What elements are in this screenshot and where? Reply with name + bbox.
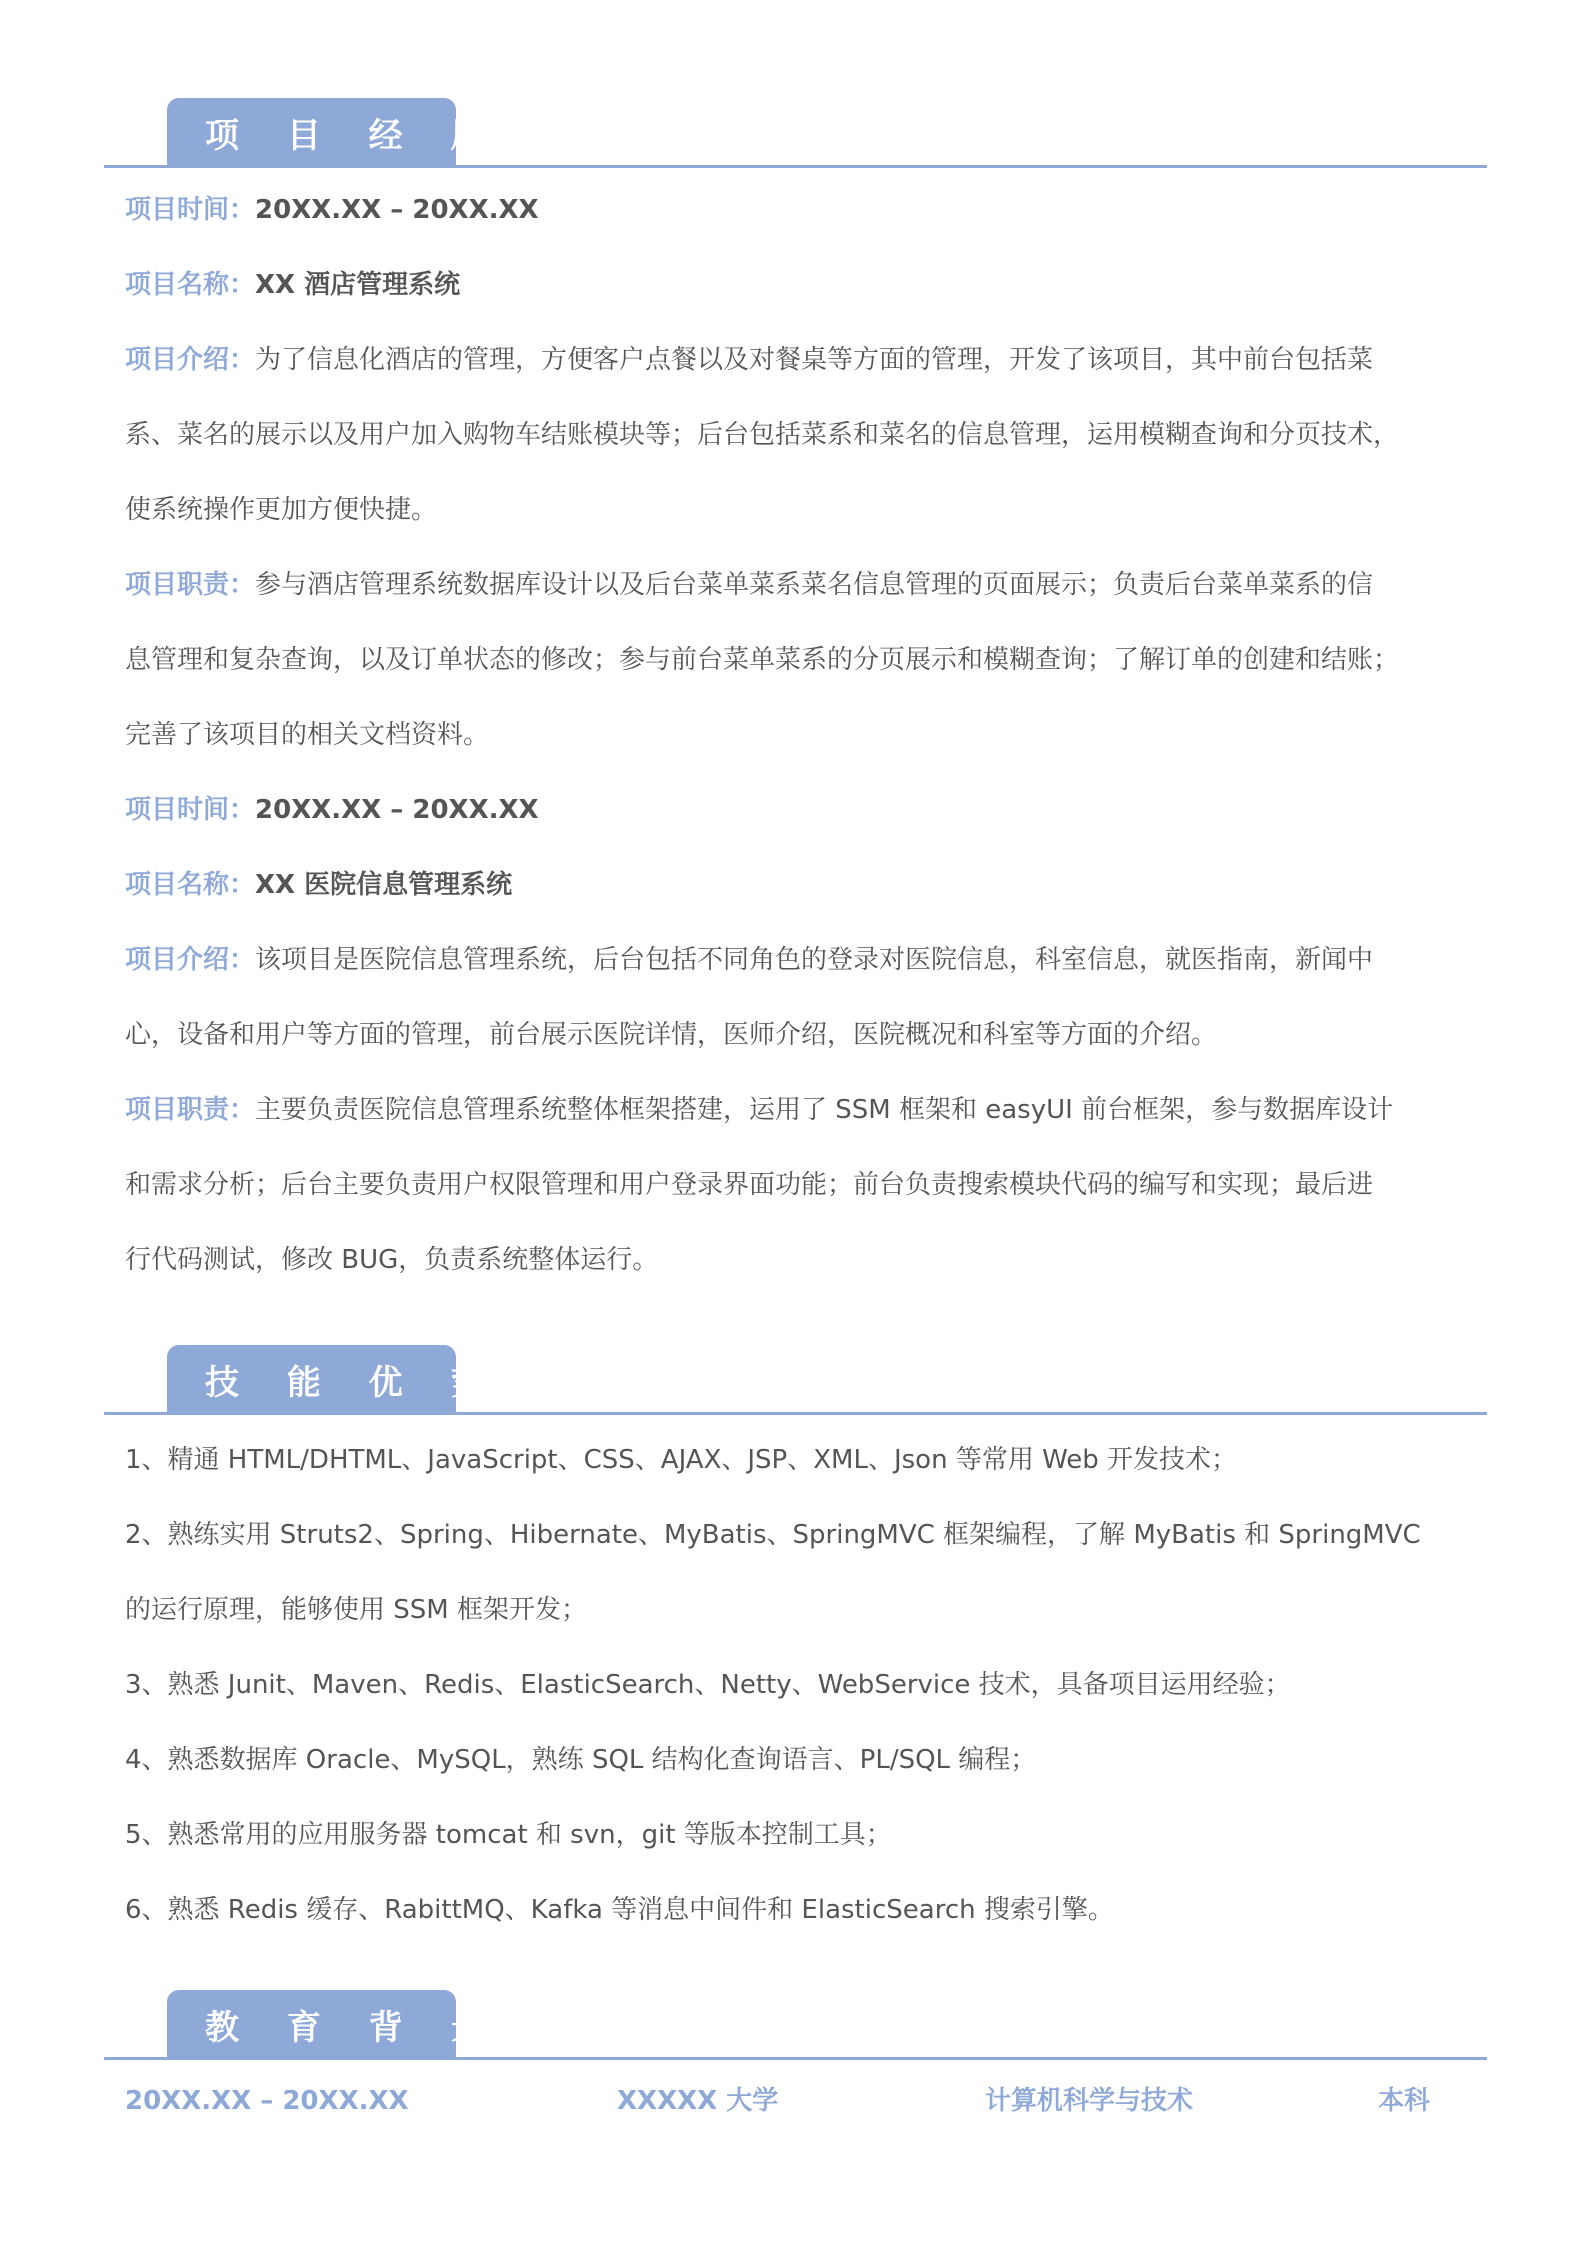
- section-header-skills: 技 能 优 势: [104, 1345, 1487, 1417]
- paragraph-line: 心，设备和用户等方面的管理，前台展示医院详情，医师介绍，医院概况和科室等方面的介…: [125, 1015, 1470, 1055]
- field-label: 项目名称：: [125, 870, 255, 900]
- skill-item: 6、熟悉 Redis 缓存、RabittMQ、Kafka 等消息中间件和 Ela…: [125, 1890, 1470, 1930]
- field-value: 20XX.XX – 20XX.XX: [255, 195, 539, 225]
- paragraph-line: 参与酒店管理系统数据库设计以及后台菜单菜系菜名信息管理的页面展示；负责后台菜单菜…: [255, 570, 1373, 600]
- skill-item: 1、精通 HTML/DHTML、JavaScript、CSS、AJAX、JSP、…: [125, 1440, 1470, 1480]
- project-2-name: 项目名称：XX 医院信息管理系统: [125, 865, 1470, 905]
- section-header-projects: 项 目 经 历: [104, 98, 1487, 170]
- paragraph-line: 完善了该项目的相关文档资料。: [125, 715, 1470, 755]
- project-1-intro: 项目介绍：为了信息化酒店的管理，方便客户点餐以及对餐桌等方面的管理，开发了该项目…: [125, 340, 1470, 380]
- field-label: 项目职责：: [125, 570, 255, 600]
- section-header-education: 教 育 背 景: [104, 1990, 1487, 2062]
- skill-item: 4、熟悉数据库 Oracle、MySQL，熟练 SQL 结构化查询语言、PL/S…: [125, 1740, 1470, 1780]
- education-school: XXXXX 大学: [617, 2081, 778, 2121]
- field-value: 20XX.XX – 20XX.XX: [255, 795, 539, 825]
- field-value: XX 医院信息管理系统: [255, 870, 512, 900]
- paragraph-line: 该项目是医院信息管理系统，后台包括不同角色的登录对医院信息，科室信息，就医指南，…: [255, 945, 1373, 975]
- education-degree: 本科: [1378, 2081, 1430, 2121]
- field-label: 项目介绍：: [125, 945, 255, 975]
- skill-item: 3、熟悉 Junit、Maven、Redis、ElasticSearch、Net…: [125, 1665, 1470, 1705]
- project-2-intro: 项目介绍：该项目是医院信息管理系统，后台包括不同角色的登录对医院信息，科室信息，…: [125, 940, 1470, 980]
- field-label: 项目介绍：: [125, 345, 255, 375]
- skill-item-continued: 的运行原理，能够使用 SSM 框架开发；: [125, 1590, 1470, 1630]
- paragraph-line: 和需求分析；后台主要负责用户权限管理和用户登录界面功能；前台负责搜索模块代码的编…: [125, 1165, 1470, 1205]
- field-label: 项目时间：: [125, 795, 255, 825]
- paragraph-line: 行代码测试，修改 BUG，负责系统整体运行。: [125, 1240, 1470, 1280]
- paragraph-line: 主要负责医院信息管理系统整体框架搭建，运用了 SSM 框架和 easyUI 前台…: [255, 1095, 1393, 1125]
- section-title-education: 教 育 背 景: [167, 1990, 456, 2060]
- paragraph-line: 系、菜名的展示以及用户加入购物车结账模块等；后台包括菜系和菜名的信息管理，运用模…: [125, 415, 1470, 455]
- section-divider: [104, 2057, 1487, 2060]
- section-title-skills: 技 能 优 势: [167, 1345, 456, 1415]
- paragraph-line: 使系统操作更加方便快捷。: [125, 490, 1470, 530]
- field-label: 项目名称：: [125, 270, 255, 300]
- skill-item: 2、熟练实用 Struts2、Spring、Hibernate、MyBatis、…: [125, 1515, 1470, 1555]
- project-2-duty: 项目职责：主要负责医院信息管理系统整体框架搭建，运用了 SSM 框架和 easy…: [125, 1090, 1470, 1130]
- field-value: XX 酒店管理系统: [255, 270, 460, 300]
- project-1-time: 项目时间：20XX.XX – 20XX.XX: [125, 190, 1470, 230]
- section-divider: [104, 1412, 1487, 1415]
- project-2-time: 项目时间：20XX.XX – 20XX.XX: [125, 790, 1470, 830]
- field-label: 项目时间：: [125, 195, 255, 225]
- project-1-name: 项目名称：XX 酒店管理系统: [125, 265, 1470, 305]
- field-label: 项目职责：: [125, 1095, 255, 1125]
- paragraph-line: 息管理和复杂查询，以及订单状态的修改；参与前台菜单菜系的分页展示和模糊查询；了解…: [125, 640, 1470, 680]
- education-major: 计算机科学与技术: [985, 2081, 1193, 2121]
- project-1-duty: 项目职责：参与酒店管理系统数据库设计以及后台菜单菜系菜名信息管理的页面展示；负责…: [125, 565, 1470, 605]
- education-date: 20XX.XX – 20XX.XX: [125, 2081, 409, 2121]
- section-title-projects: 项 目 经 历: [167, 98, 456, 168]
- skill-item: 5、熟悉常用的应用服务器 tomcat 和 svn，git 等版本控制工具；: [125, 1815, 1470, 1855]
- paragraph-line: 为了信息化酒店的管理，方便客户点餐以及对餐桌等方面的管理，开发了该项目，其中前台…: [255, 345, 1373, 375]
- section-divider: [104, 165, 1487, 168]
